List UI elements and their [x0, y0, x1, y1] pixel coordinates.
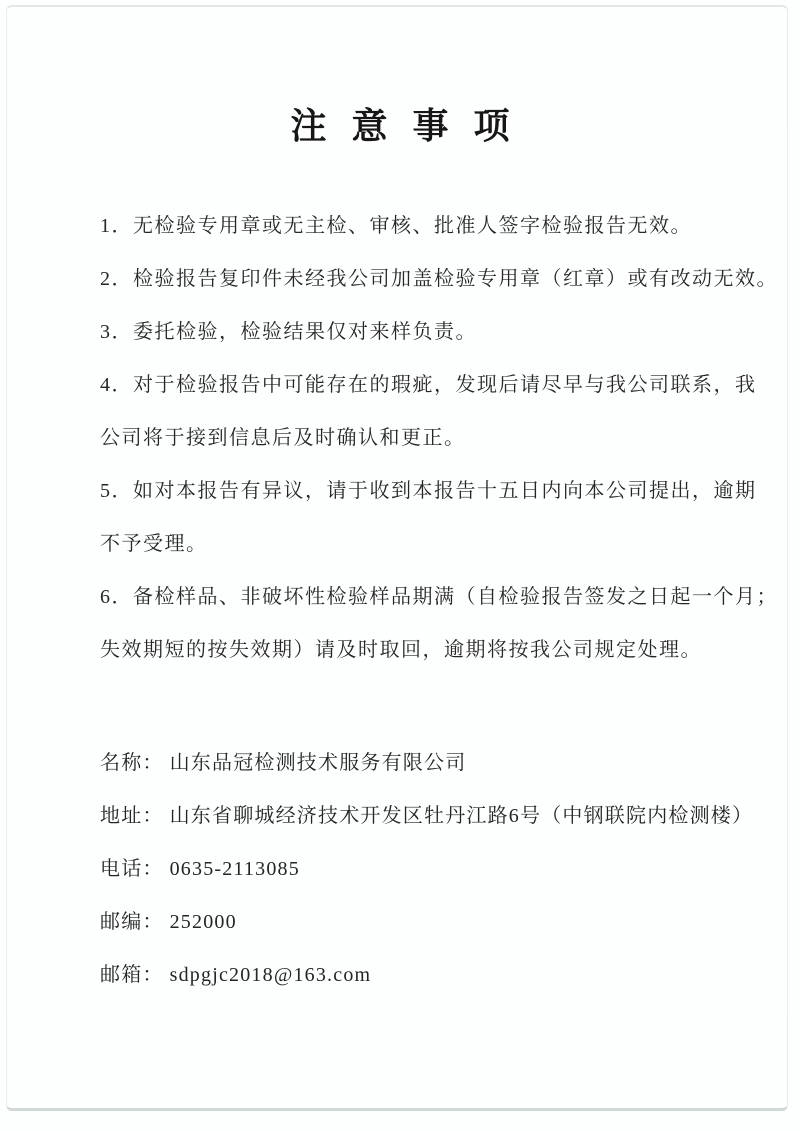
notice-list: 1．无检验专用章或无主检、审核、批准人签字检验报告无效。 2．检验报告复印件未经… [100, 200, 730, 677]
contact-separator: ： [142, 911, 163, 933]
notice-item-3: 3．委托检验，检验结果仅对来样负责。 [100, 306, 730, 359]
notice-item-6-line-2: 失效期短的按失效期）请及时取回，逾期将按我公司规定处理。 [100, 624, 730, 677]
contact-info: 名称：山东品冠检测技术服务有限公司 地址：山东省聊城经济技术开发区牡丹江路6号（… [100, 737, 730, 1002]
company-address: 山东省聊城经济技术开发区牡丹江路6号（中钢联院内检测楼） [170, 805, 754, 827]
page-title: 注 意 事 项 [0, 98, 800, 149]
contact-label: 邮箱 [100, 964, 142, 986]
contact-label: 名称 [100, 752, 142, 774]
notice-item-4-line-2: 公司将于接到信息后及时确认和更正。 [100, 412, 730, 465]
contact-label: 邮编 [100, 911, 142, 933]
contact-separator: ： [142, 805, 163, 827]
notice-item-6-line-1: 6．备检样品、非破坏性检验样品期满（自检验报告签发之日起一个月； [100, 571, 730, 624]
notice-item-5-line-1: 5．如对本报告有异议，请于收到本报告十五日内向本公司提出，逾期 [100, 465, 730, 518]
contact-label: 地址 [100, 805, 142, 827]
contact-row-name: 名称：山东品冠检测技术服务有限公司 [100, 737, 730, 790]
company-email: sdpgjc2018@163.com [170, 964, 372, 986]
contact-separator: ： [142, 752, 163, 774]
contact-separator: ： [142, 964, 163, 986]
contact-row-phone: 电话：0635-2113085 [100, 843, 730, 896]
contact-row-address: 地址：山东省聊城经济技术开发区牡丹江路6号（中钢联院内检测楼） [100, 790, 730, 843]
contact-row-postcode: 邮编：252000 [100, 896, 730, 949]
company-phone: 0635-2113085 [170, 858, 300, 880]
contact-label: 电话 [100, 858, 142, 880]
notice-item-1: 1．无检验专用章或无主检、审核、批准人签字检验报告无效。 [100, 200, 730, 253]
notice-item-5-line-2: 不予受理。 [100, 518, 730, 571]
notice-item-2: 2．检验报告复印件未经我公司加盖检验专用章（红章）或有改动无效。 [100, 253, 730, 306]
notice-item-4-line-1: 4．对于检验报告中可能存在的瑕疵，发现后请尽早与我公司联系，我 [100, 359, 730, 412]
company-postcode: 252000 [170, 911, 237, 933]
company-name: 山东品冠检测技术服务有限公司 [170, 752, 467, 774]
contact-separator: ： [142, 858, 163, 880]
scanned-document-page: 注 意 事 项 1．无检验专用章或无主检、审核、批准人签字检验报告无效。 2．检… [0, 0, 800, 1131]
contact-row-email: 邮箱：sdpgjc2018@163.com [100, 949, 730, 1002]
